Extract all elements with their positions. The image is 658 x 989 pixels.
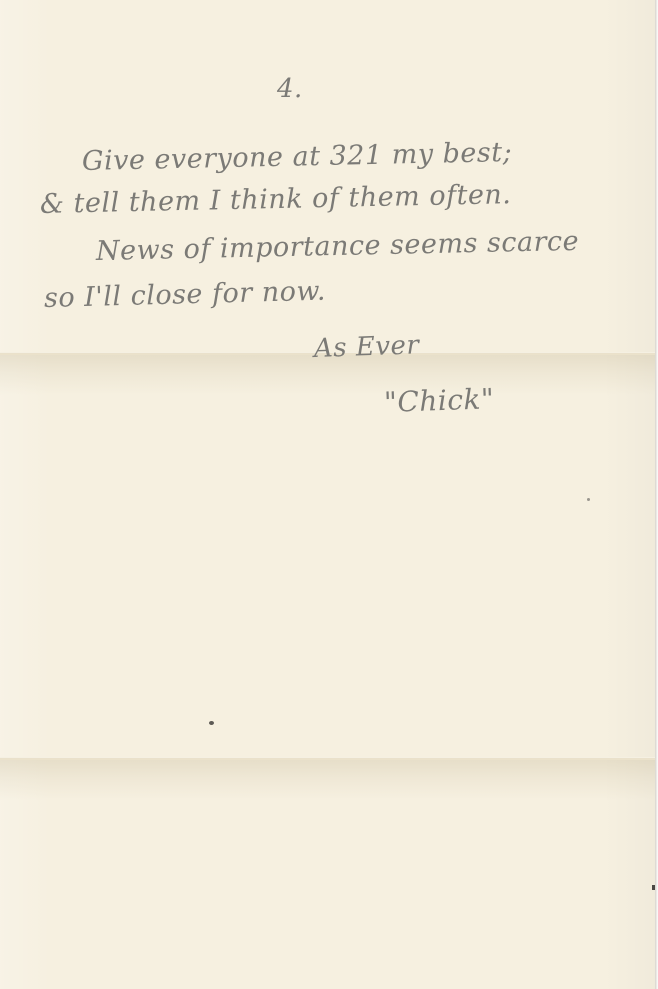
letter-line: News of importance seems scarce [96, 226, 580, 267]
letter-closing: As Ever [313, 330, 419, 364]
letter-line: so I'll close for now. [44, 276, 327, 314]
fold-line-lower [0, 757, 655, 801]
paper-speck [209, 721, 214, 725]
paper-speck [652, 885, 655, 890]
fold-shadow [0, 760, 655, 800]
page-number: 4. [277, 74, 303, 104]
letter-line: Give everyone at 321 my best; [82, 137, 513, 177]
letter-line: & tell them I think of them often. [40, 179, 512, 220]
paper-speck [587, 498, 590, 501]
letter-page: 4. Give everyone at 321 my best; & tell … [0, 0, 655, 989]
letter-signature: "Chick" [383, 382, 494, 419]
